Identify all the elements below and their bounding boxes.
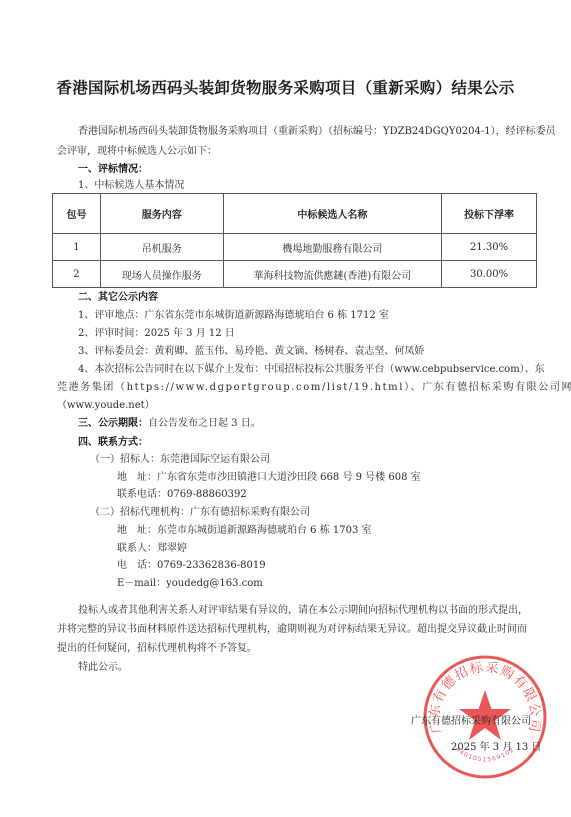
section2-heading: 二、其它公示内容 <box>78 291 158 305</box>
agency-phone: 电 话：0769-23362836-8019 <box>117 559 266 573</box>
closing-text: 特此公示。 <box>78 661 128 675</box>
cell-service: 吊机服务 <box>100 234 223 261</box>
signature-organization: 广东有德招标采购有限公司 <box>411 712 531 727</box>
cell-package: 1 <box>53 234 101 261</box>
table-row: 2 现场人员操作服务 華海科技物流供應鏈(香港)有限公司 30.00% <box>53 261 537 288</box>
cell-candidate: 機場地勤服務有限公司 <box>223 234 442 261</box>
agency-email: E－mail：youdedg@163.com <box>117 577 263 591</box>
section3-text: 自公告发布之日起 3 日。 <box>148 418 261 429</box>
cell-candidate: 華海科技物流供應鏈(香港)有限公司 <box>223 261 442 288</box>
table-row: 1 吊机服务 機場地勤服務有限公司 21.30% <box>53 234 537 261</box>
objection-line-1: 投标人或者其他利害关系人对评审结果有异议的，请在本公示期间向招标代理机构以书面的… <box>78 604 528 618</box>
section3-publicity-period: 三、公示期限：自公告发布之日起 3 日。 <box>78 417 261 431</box>
cell-package: 2 <box>53 261 101 288</box>
cell-service: 现场人员操作服务 <box>100 261 223 288</box>
section1-subheading: 1、中标候选人基本情况 <box>78 179 184 193</box>
cell-discount: 30.00% <box>442 261 537 288</box>
section2-item-4-line-3: （www.youde.net） <box>57 399 155 413</box>
col-header-discount: 投标下浮率 <box>442 194 537 234</box>
cell-discount: 21.30% <box>442 234 537 261</box>
section2-item-2: 2、评审时间：2025 年 3 月 12 日 <box>78 327 235 341</box>
objection-line-2: 并将完整的异议书面材料原件送达招标代理机构，逾期则视为对评标结果无异议。超出提交… <box>57 623 527 637</box>
objection-line-3: 提出的任何疑问，招标代理机构将不予答复。 <box>57 642 257 656</box>
section2-item-4-line-1: 4、本次招标公告同时在以下媒介上发布：中国招标投标公共服务平台（www.cebp… <box>78 363 545 377</box>
agency-address: 地 址：东莞市东城街道新源路海德琥珀台 6 栋 1703 室 <box>117 524 372 538</box>
document-page: 香港国际机场西码头装卸货物服务采购项目（重新采购）结果公示 香港国际机场西码头装… <box>0 0 571 817</box>
section2-item-3: 3、评标委员会：黄莉卿、蓝玉伟、易玲艳、黄文镝、杨树春、袁志坚、何凤娇 <box>78 345 424 359</box>
page-title: 香港国际机场西码头装卸货物服务采购项目（重新采购）结果公示 <box>0 76 571 98</box>
intro-line-1: 香港国际机场西码头装卸货物服务采购项目（重新采购）（招标编号：YDZB24DGQ… <box>78 125 556 139</box>
section1-heading: 一、评标情况： <box>78 163 148 177</box>
section4-heading: 四、联系方式： <box>78 436 148 450</box>
tenderer-phone: 联系电话：0769-88860392 <box>117 488 247 502</box>
col-header-candidate: 中标候选人名称 <box>223 194 442 234</box>
section3-label: 三、公示期限： <box>78 418 148 429</box>
intro-line-2: 会评审，现将中标候选人公示如下： <box>57 145 217 159</box>
table-header-row: 包号 服务内容 中标候选人名称 投标下浮率 <box>53 194 537 234</box>
agency-label: （二）招标代理机构：广东有德招标采购有限公司 <box>90 506 310 520</box>
col-header-service: 服务内容 <box>100 194 223 234</box>
col-header-package: 包号 <box>53 194 101 234</box>
tenderer-address: 地 址：广东省东莞市沙田镇港口大道沙田段 668 号 9 号楼 608 室 <box>117 471 421 485</box>
section2-item-1: 1、评审地点：广东省东莞市东城街道新源路海德琥珀台 6 栋 1712 室 <box>78 309 389 323</box>
agency-contact: 联系人：郑翠婷 <box>117 542 187 556</box>
candidates-table: 包号 服务内容 中标候选人名称 投标下浮率 1 吊机服务 機場地勤服務有限公司 … <box>52 193 537 288</box>
tenderer-label: （一）招标人：东莞港国际空运有限公司 <box>90 453 270 467</box>
signature-date: 2025 年 3 月 13 日 <box>451 738 541 753</box>
section2-item-4-line-2: 莞港务集团（https://www.dgportgroup.com/list/1… <box>57 381 571 395</box>
